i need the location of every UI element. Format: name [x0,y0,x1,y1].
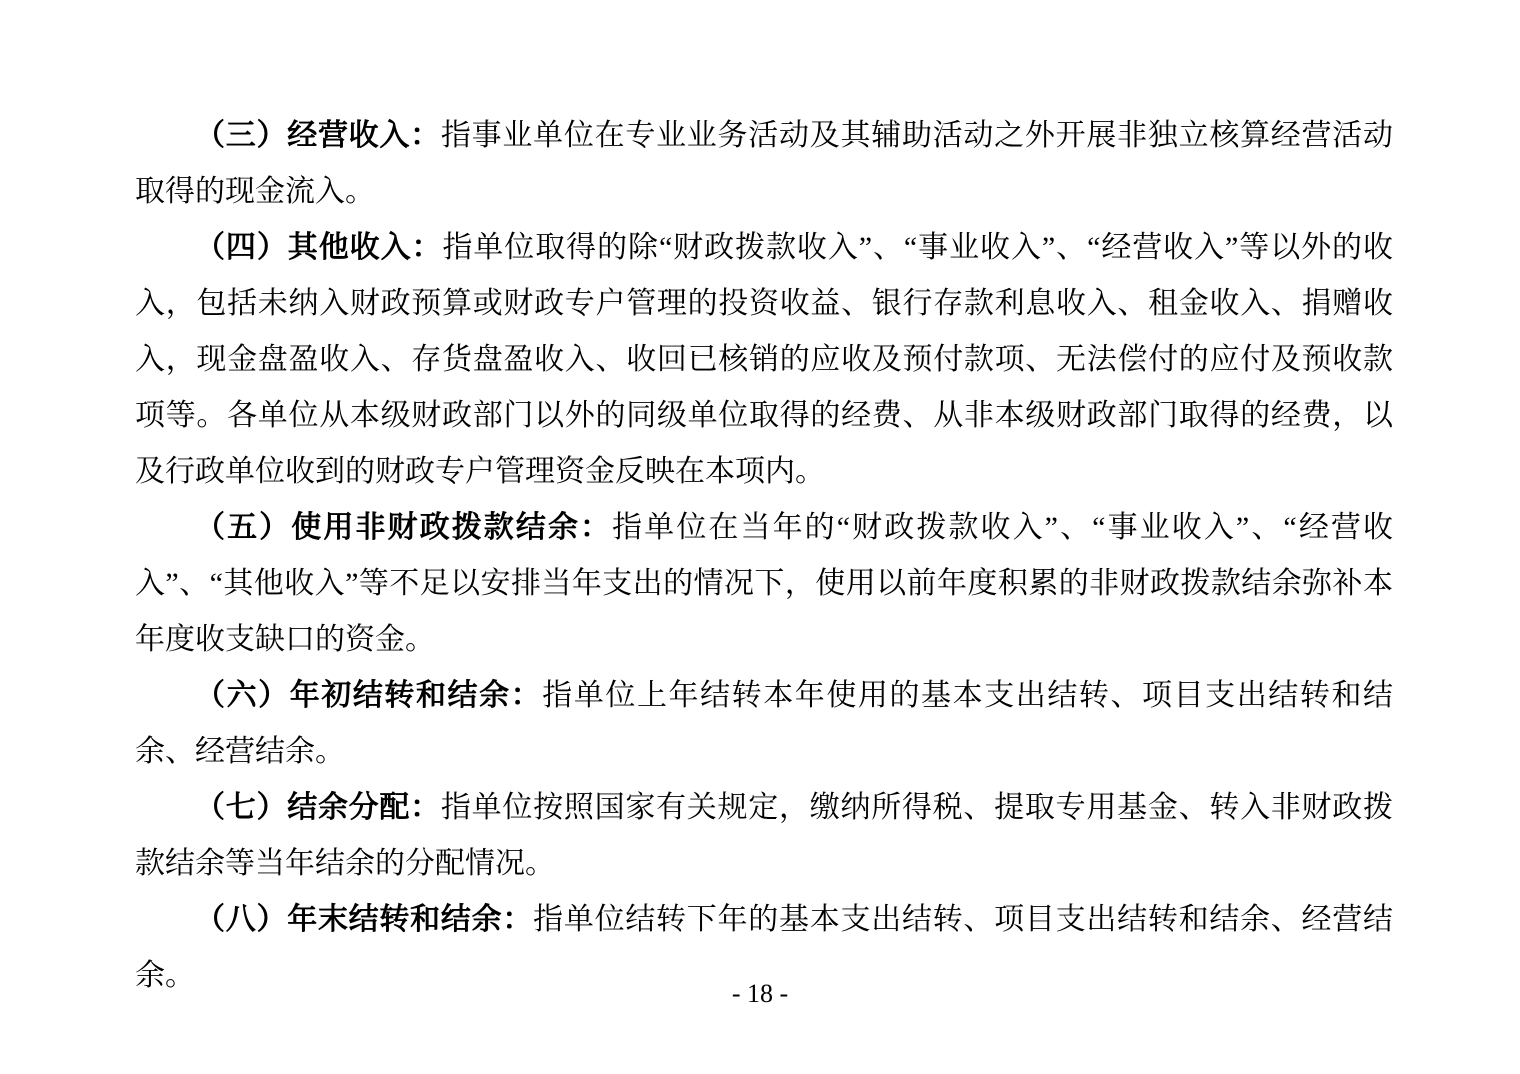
paragraph-item-3: （三）经营收入：指事业单位在专业业务活动及其辅助活动之外开展非独立核算经营活动取… [135,108,1393,220]
paragraph-lead: （四）其他收入： [195,231,442,264]
paragraph-item-4: （四）其他收入：指单位取得的除“财政拨款收入”、“事业收入”、“经营收入”等以外… [135,220,1393,500]
paragraph-lead: （七）结余分配： [195,791,441,824]
page-number: - 18 - [0,978,1520,1010]
paragraph-lead: （三）经营收入： [195,119,441,152]
document-body: （三）经营收入：指事业单位在专业业务活动及其辅助活动之外开展非独立核算经营活动取… [135,108,1393,1004]
paragraph-item-7: （七）结余分配：指单位按照国家有关规定，缴纳所得税、提取专用基金、转入非财政拨款… [135,780,1393,892]
paragraph-item-6: （六）年初结转和结余：指单位上年结转本年使用的基本支出结转、项目支出结转和结余、… [135,668,1393,780]
paragraph-item-5: （五）使用非财政拨款结余：指单位在当年的“财政拨款收入”、“事业收入”、“经营收… [135,500,1393,668]
paragraph-text: 指单位取得的除“财政拨款收入”、“事业收入”、“经营收入”等以外的收入，包括未纳… [135,231,1393,488]
paragraph-lead: （五）使用非财政拨款结余： [195,511,612,544]
paragraph-lead: （六）年初结转和结余： [195,679,542,712]
paragraph-lead: （八）年末结转和结余： [195,903,533,936]
